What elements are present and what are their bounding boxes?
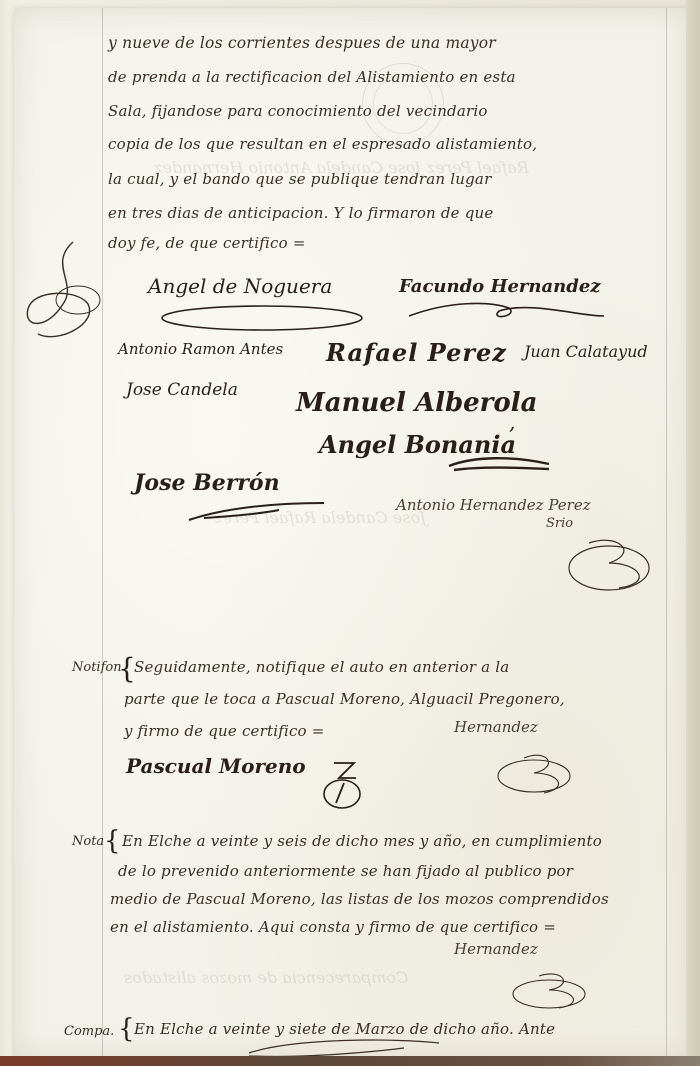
signature: Hernandez xyxy=(454,940,538,958)
signature: Jose Berrón xyxy=(134,470,280,496)
signature-rubric xyxy=(314,758,374,814)
signature: Antonio Ramon Antes xyxy=(118,340,283,358)
bleed-through-text: Comparecencia de mozos alistados xyxy=(124,968,408,987)
signature-flourish xyxy=(132,288,392,338)
margin-label-comparecencia: Compa. xyxy=(64,1024,114,1039)
brace-mark: { xyxy=(118,1014,135,1044)
notary-rubric-flourish xyxy=(18,234,108,354)
nota-line: de lo prevenido anteriormente se han fij… xyxy=(118,862,573,880)
notification-line: parte que le toca a Pascual Moreno, Algu… xyxy=(124,690,565,708)
left-margin-rule xyxy=(102,8,103,1058)
secretary-rubric xyxy=(559,528,669,603)
signature-rubric xyxy=(489,748,589,798)
signature: Antonio Hernandez Perez xyxy=(396,496,591,514)
signature: Hernandez xyxy=(454,718,538,736)
signature: Facundo Hernandez xyxy=(399,276,601,297)
signature: Manuel Alberola xyxy=(296,388,537,418)
book-cover-edge xyxy=(0,1056,700,1066)
signature-flourish xyxy=(444,456,554,476)
brace-mark: { xyxy=(104,826,121,856)
body-line: copia de los que resultan en el espresad… xyxy=(108,135,537,153)
margin-label-notification: Notifon xyxy=(72,660,122,675)
manuscript-page: Rafael Perez Jose Candela Antonio Hernan… xyxy=(14,8,690,1058)
signature: Angel Bonania xyxy=(319,430,516,459)
signature: Jose Candela xyxy=(126,380,238,400)
nota-line: medio de Pascual Moreno, las listas de l… xyxy=(110,890,609,908)
comparecencia-line: En Elche a veinte y siete de Marzo de di… xyxy=(134,1020,555,1038)
signature: Pascual Moreno xyxy=(126,754,306,778)
signature-flourish xyxy=(409,296,609,326)
notification-line: y firmo de que certifico = xyxy=(124,722,325,740)
nota-line: En Elche a veinte y seis de dicho mes y … xyxy=(122,832,602,850)
body-line: de prenda a la rectificacion del Alistam… xyxy=(108,68,516,86)
notification-line: Seguidamente, notifique el auto en anter… xyxy=(134,658,509,676)
nota-line: en el alistamiento. Aqui consta y firmo … xyxy=(110,918,556,936)
signature-rubric xyxy=(504,968,604,1013)
signature-flourish xyxy=(184,498,334,528)
book-page-edge xyxy=(686,0,700,1066)
body-line: en tres dias de anticipacion. Y lo firma… xyxy=(108,204,493,222)
margin-label-nota: Nota xyxy=(72,834,104,849)
signature: Juan Calatayud xyxy=(524,342,648,361)
body-line: Sala, fijandose para conocimiento del ve… xyxy=(108,102,488,120)
body-line: doy fe, de que certifico = xyxy=(108,234,306,252)
body-line: y nueve de los corrientes despues de una… xyxy=(108,34,496,52)
body-line: la cual, y el bando que se publique tend… xyxy=(108,170,491,188)
signature: Rafael Perez xyxy=(326,338,507,367)
